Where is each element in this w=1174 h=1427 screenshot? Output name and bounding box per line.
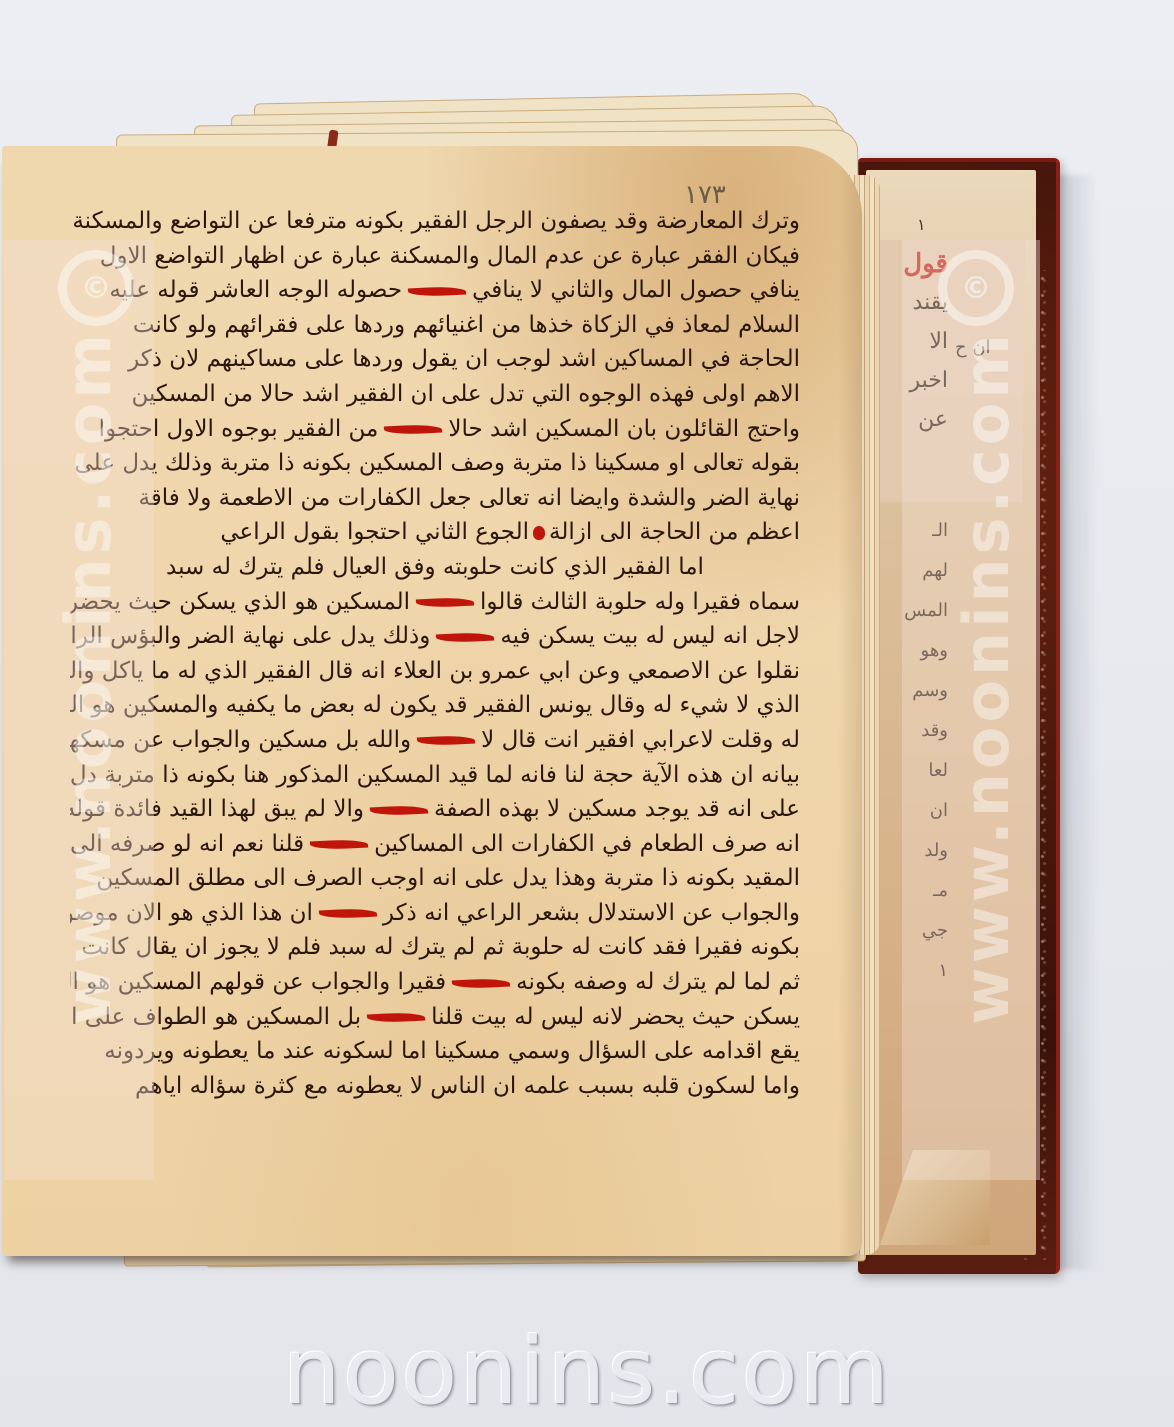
watermark-bottom-text: noonins.com bbox=[0, 1318, 1174, 1425]
manuscript-line: وترك المعارضة وقد يصفون الرجل الفقير بكو… bbox=[70, 204, 800, 239]
manuscript-line: الذي لا شيء له وقال يونس الفقير قد يكون … bbox=[70, 688, 800, 723]
manuscript-line: لاجل انه ليس له بيت يسكن فيهوذلك يدل على… bbox=[70, 619, 800, 654]
manuscript-line: فيكان الفقر عبارة عن عدم المال والمسكنة … bbox=[70, 239, 800, 274]
watermark-vertical-left: www.noonins.com bbox=[52, 330, 125, 1025]
manuscript-line: ينافي حصول المال والثاني لا ينافيحصوله ا… bbox=[70, 273, 800, 308]
line-text: الحاجة في المساكين اشد لوجب ان يقول ورده… bbox=[128, 346, 800, 372]
manuscript-line: والجواب عن الاستدلال بشعر الراعي انه ذكر… bbox=[70, 896, 800, 931]
line-text: لاجل انه ليس له بيت يسكن فيه bbox=[500, 623, 800, 649]
manuscript-line: انه صرف الطعام في الكفارات الى المساكينق… bbox=[70, 827, 800, 862]
manuscript-text-block: وترك المعارضة وقد يصفون الرجل الفقير بكو… bbox=[70, 204, 800, 1103]
line-text: فيكان الفقر عبارة عن عدم المال والمسكنة … bbox=[100, 243, 800, 269]
red-rubric-stroke bbox=[452, 977, 510, 989]
red-rubric-stroke bbox=[436, 631, 494, 643]
copyright-icon: © bbox=[938, 250, 1014, 326]
manuscript-line: سماه فقيرا وله حلوبة الثالث قالواالمسكين… bbox=[70, 585, 800, 620]
manuscript-line: يسكن حيث يحضر لانه ليس له بيت قلنابل الم… bbox=[70, 1000, 800, 1035]
line-text: الجوع الثاني احتجوا بقول الراعي bbox=[220, 519, 529, 545]
copyright-icon: © bbox=[58, 250, 134, 326]
line-text: يسكن حيث يحضر لانه ليس له بيت قلنا bbox=[431, 1004, 800, 1030]
red-rubric-stroke bbox=[370, 804, 428, 816]
line-text: ثم لما لم يترك له وصفه بكونه bbox=[516, 969, 800, 995]
manuscript-line: نقلوا عن الاصمعي وعن ابي عمرو بن العلاء … bbox=[70, 654, 800, 689]
manuscript-line: يقع اقدامه على السؤال وسمي مسكينا اما لس… bbox=[70, 1034, 800, 1069]
manuscript-line: اما الفقير الذي كانت حلوبته وفق العيال ف… bbox=[70, 550, 800, 585]
line-text: الاهم اولى فهذه الوجوه التي تدل على ان ا… bbox=[131, 381, 800, 407]
manuscript-line: الحاجة في المساكين اشد لوجب ان يقول ورده… bbox=[70, 342, 800, 377]
manuscript-line: بكونه فقيرا فقد كانت له حلوبة ثم لم يترك… bbox=[70, 930, 800, 965]
red-rubric-stroke bbox=[408, 285, 466, 297]
line-text: اعظم من الحاجة الى ازالة bbox=[549, 519, 800, 545]
page-edge-shading bbox=[838, 146, 862, 1256]
line-text: يقع اقدامه على السؤال وسمي مسكينا اما لس… bbox=[104, 1038, 800, 1064]
manuscript-line: واحتج القائلون بان المسكين اشد حالامن ال… bbox=[70, 412, 800, 447]
manuscript-line: الاهم اولى فهذه الوجوه التي تدل على ان ا… bbox=[70, 377, 800, 412]
manuscript-line: ثم لما لم يترك له وصفه بكونهفقيرا والجوا… bbox=[70, 965, 800, 1000]
line-text: على انه قد يوجد مسكين لا بهذه الصفة bbox=[434, 796, 800, 822]
line-text: واما لسكون قلبه بسبب علمه ان الناس لا يع… bbox=[135, 1073, 800, 1099]
line-text: ينافي حصول المال والثاني لا ينافي bbox=[472, 277, 800, 303]
red-rubric-stroke bbox=[384, 424, 442, 436]
line-text: المقيد بكونه ذا متربة وهذا يدل على انه ا… bbox=[96, 865, 800, 891]
line-text: سماه فقيرا وله حلوبة الثالث قالوا bbox=[480, 589, 800, 615]
red-rubric-stroke bbox=[310, 839, 368, 851]
manuscript-line: نهاية الضر والشدة وايضا انه تعالى جعل ال… bbox=[70, 481, 800, 516]
red-rubric-stroke bbox=[367, 1012, 425, 1024]
red-rubric-stroke bbox=[533, 526, 545, 540]
photo-scene: ١ قول يقند الا اخبر عن ان ح الـ لهم المس… bbox=[0, 0, 1174, 1427]
underlying-folio-number: ١ bbox=[917, 215, 926, 234]
red-rubric-stroke bbox=[417, 735, 475, 747]
watermark-vertical-right: www.noonins.com bbox=[950, 330, 1023, 1025]
line-text: والجواب عن الاستدلال بشعر الراعي انه ذكر bbox=[383, 900, 800, 926]
red-rubric-stroke bbox=[416, 597, 474, 609]
manuscript-line: على انه قد يوجد مسكين لا بهذه الصفةوالا … bbox=[70, 792, 800, 827]
line-text: اما الفقير الذي كانت حلوبته وفق العيال ف… bbox=[166, 554, 704, 580]
line-text: نقلوا عن الاصمعي وعن ابي عمرو بن العلاء … bbox=[70, 658, 800, 684]
line-text: بكونه فقيرا فقد كانت له حلوبة ثم لم يترك… bbox=[81, 934, 800, 960]
manuscript-line: السلام لمعاذ في الزكاة خذها من اغنيائهم … bbox=[70, 308, 800, 343]
line-text: الذي لا شيء له وقال يونس الفقير قد يكون … bbox=[70, 692, 800, 718]
red-rubric-stroke bbox=[319, 908, 377, 920]
manuscript-line: بقوله تعالى او مسكينا ذا متربة وصف المسك… bbox=[70, 446, 800, 481]
manuscript-line: اعظم من الحاجة الى ازالةالجوع الثاني احت… bbox=[70, 515, 800, 550]
line-text: نهاية الضر والشدة وايضا انه تعالى جعل ال… bbox=[138, 485, 800, 511]
line-text: انه صرف الطعام في الكفارات الى المساكين bbox=[374, 831, 800, 857]
manuscript-line: بيانه ان هذه الآية حجة لنا فانه لما قيد … bbox=[70, 758, 800, 793]
manuscript-line: له وقلت لاعرابي افقير انت قال لاوالله بل… bbox=[70, 723, 800, 758]
line-text: بقوله تعالى او مسكينا ذا متربة وصف المسك… bbox=[75, 450, 801, 476]
line-text: السلام لمعاذ في الزكاة خذها من اغنيائهم … bbox=[133, 312, 800, 338]
manuscript-line: واما لسكون قلبه بسبب علمه ان الناس لا يع… bbox=[70, 1069, 800, 1104]
manuscript-line: المقيد بكونه ذا متربة وهذا يدل على انه ا… bbox=[70, 861, 800, 896]
line-text: بيانه ان هذه الآية حجة لنا فانه لما قيد … bbox=[70, 762, 800, 788]
line-text: وترك المعارضة وقد يصفون الرجل الفقير بكو… bbox=[72, 208, 800, 234]
line-text: واحتج القائلون بان المسكين اشد حالا bbox=[448, 416, 800, 442]
line-text: له وقلت لاعرابي افقير انت قال لا bbox=[481, 727, 800, 753]
